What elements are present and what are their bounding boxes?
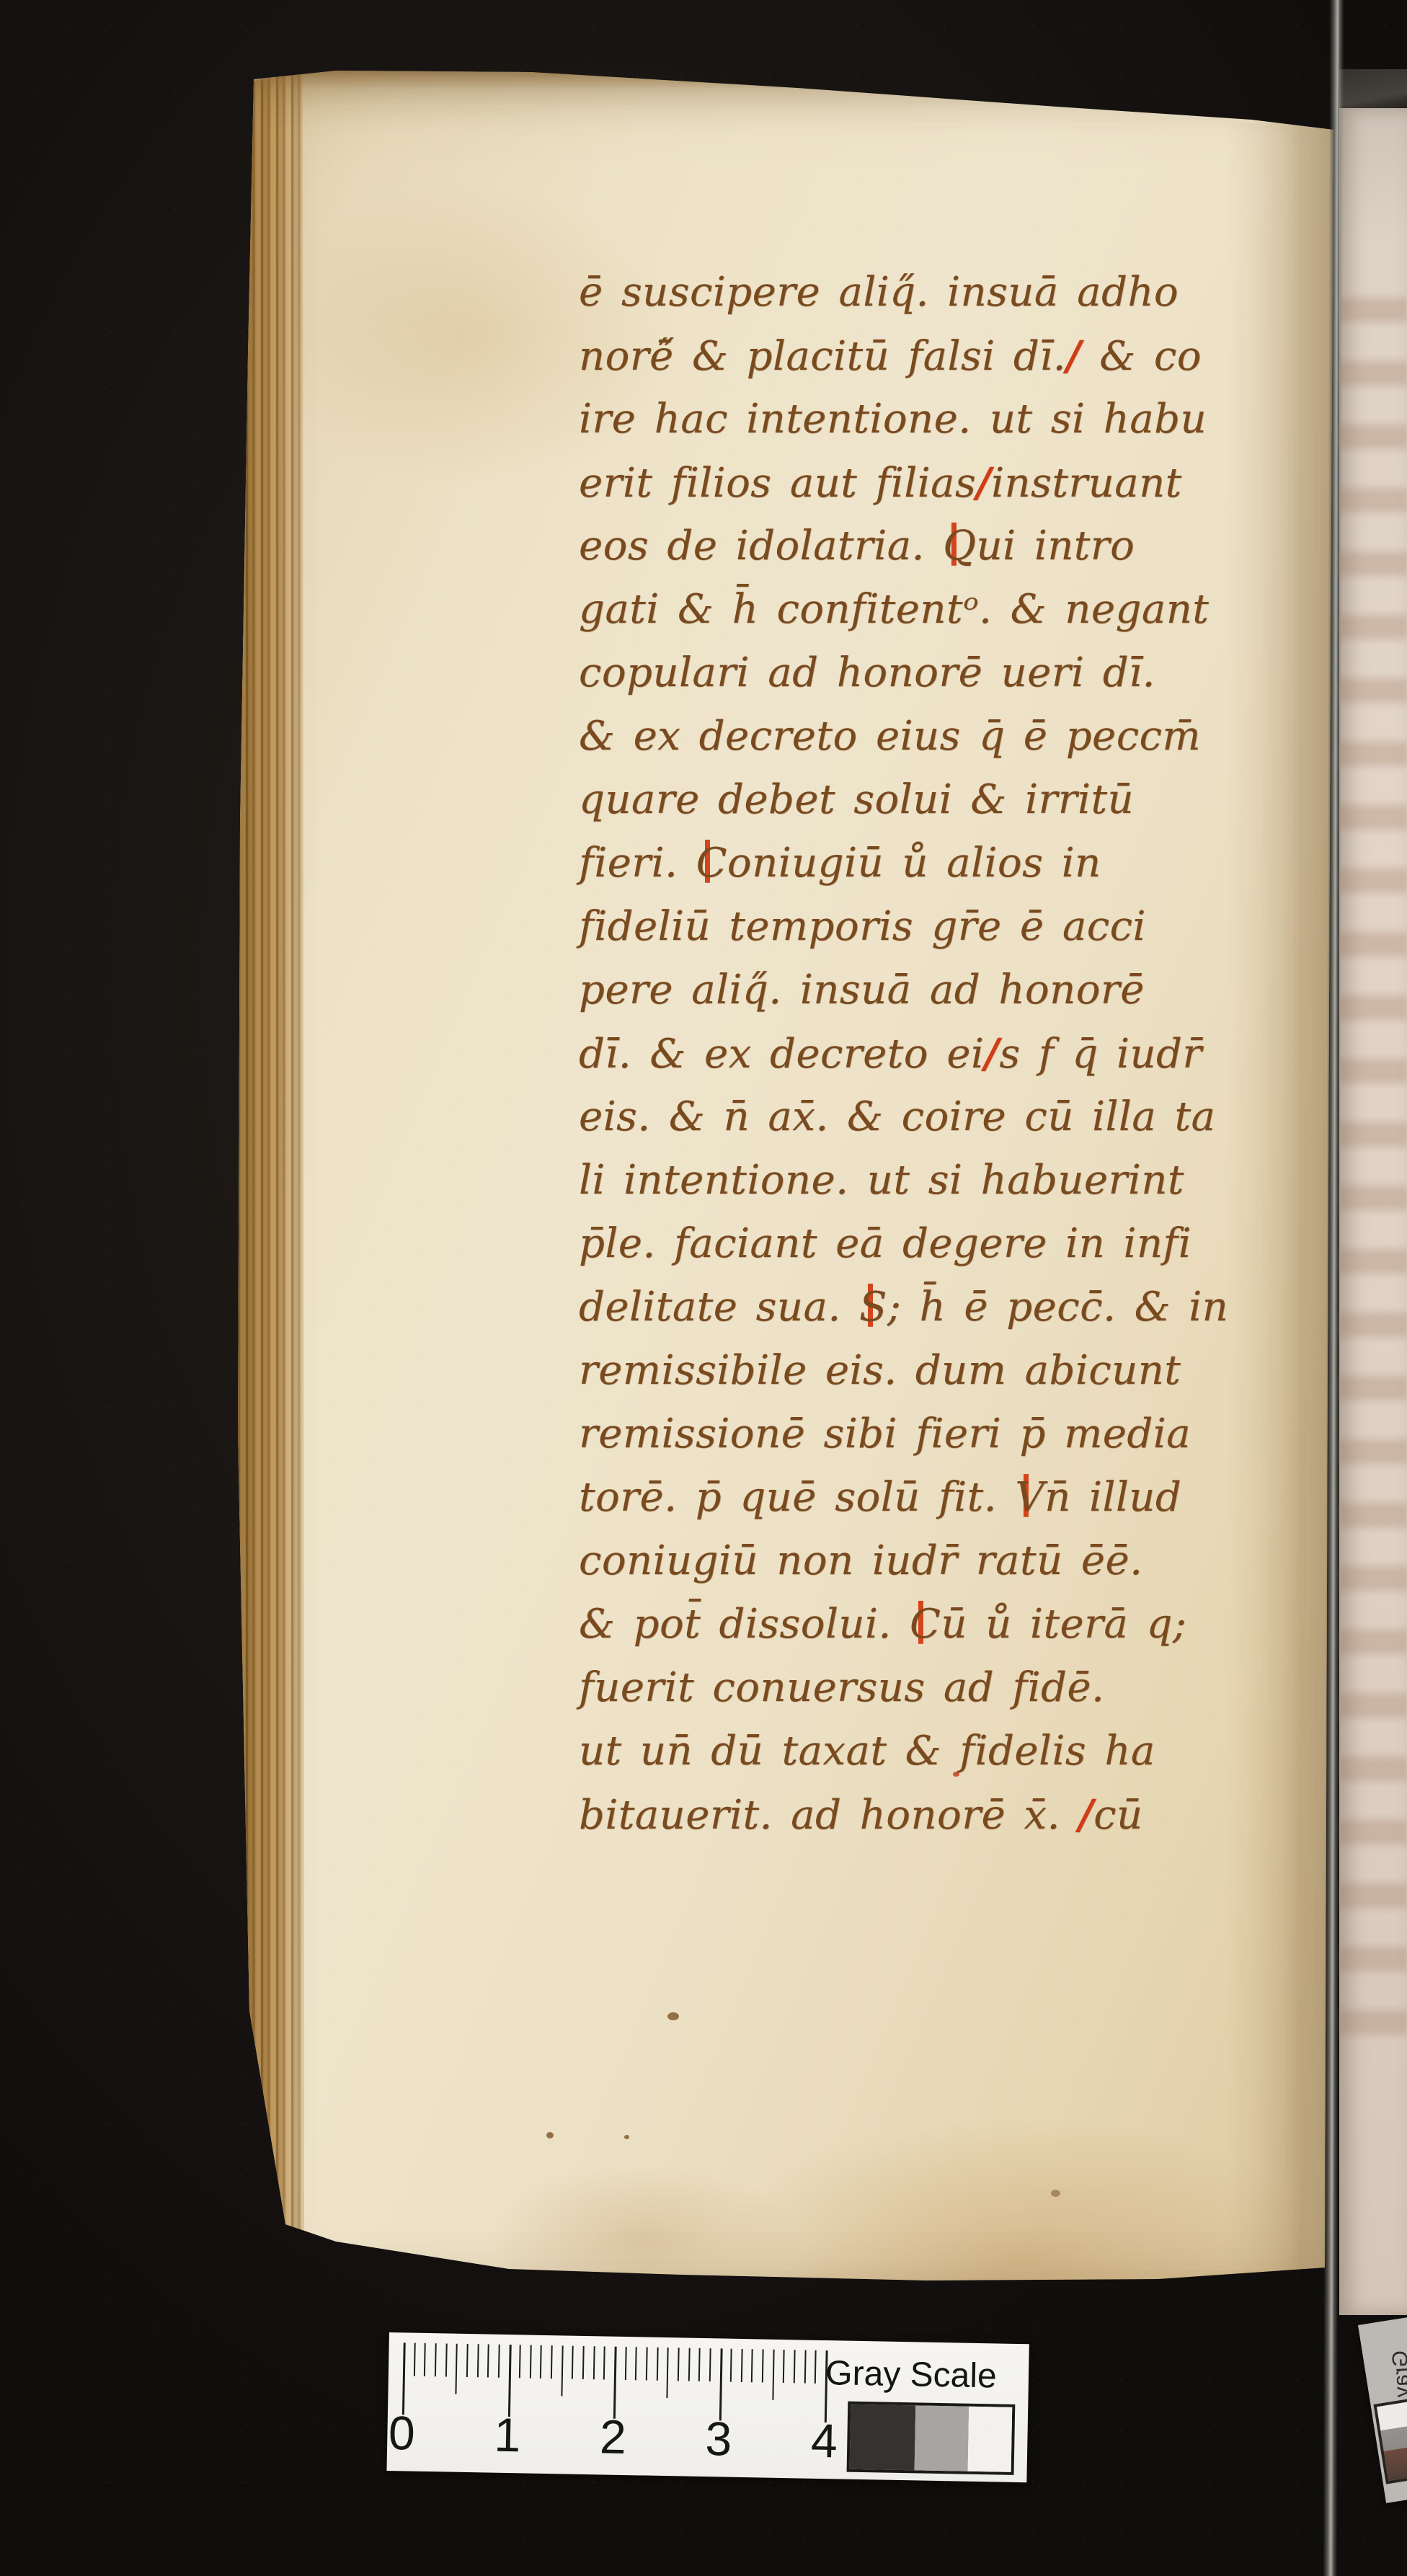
ruler-tick [678, 2348, 680, 2381]
ink-text: gati & h̄ confitentᵒ. & negant [579, 586, 1209, 633]
ruler-tick [730, 2349, 732, 2382]
manuscript-line: erit filios aut filias/instruant [579, 451, 1300, 515]
ink-text: li intentione. ut si habuerint [579, 1157, 1184, 1204]
manuscript-line: ut un̄ dū taxat & fidelis ha [579, 1720, 1300, 1783]
facing-page-showthrough-text [1339, 274, 1407, 2070]
ruler-tick [402, 2342, 406, 2415]
manuscript-line: fuerit conuersus ad fidē. [579, 1656, 1300, 1720]
ruler-tick [487, 2345, 489, 2378]
book-fore-edge [231, 65, 304, 2270]
rubricated-initial: C [696, 840, 727, 887]
ink-text: quare debet solui & irritū [579, 776, 1134, 823]
ruler-tick [435, 2343, 437, 2376]
ink-text: dī. & ex decreto ei [579, 1031, 984, 1078]
ruler-tick [582, 2346, 585, 2379]
manuscript-page: ē suscipere aliq̋. insuā adhonorē̋ & pla… [221, 65, 1333, 2328]
manuscript-line: delitate sua. S; h̄ ē pecc̄. & in [579, 1276, 1300, 1339]
ink-text: ; h̄ ē pecc̄. & in [887, 1284, 1228, 1331]
manuscript-line: fieri. Coniugiū ů alios in [579, 832, 1300, 895]
rubricated-initial: Q [943, 523, 976, 569]
ink-text: oniugiū ů alios in [727, 840, 1101, 887]
grayscale-patches [847, 2402, 1016, 2475]
manuscript-line: copulari ad honorē ueri dī. [579, 641, 1300, 705]
manuscript-photograph: ē suscipere aliq̋. insuā adhonorē̋ & pla… [0, 0, 1407, 2576]
ruler-tick [688, 2348, 690, 2381]
ink-speck [667, 2012, 679, 2020]
ink-text: torē. p̄ quē solū fit. [579, 1474, 1015, 1521]
ruler-tick [498, 2345, 500, 2378]
grayscale-patch-mid [914, 2405, 969, 2471]
ruler-tick [635, 2347, 637, 2380]
ink-text: erit filios aut filias [579, 460, 976, 507]
manuscript-line: ire hac intentione. ut si habu [579, 388, 1300, 451]
ruler-tick [476, 2344, 479, 2377]
ink-text: ire hac intentione. ut si habu [579, 396, 1207, 443]
manuscript-line: dī. & ex decreto ei/s f q̄ iudr̄ [579, 1022, 1300, 1085]
rubric-mark: / [976, 459, 991, 507]
ruler-tick [667, 2348, 669, 2398]
rotated-grayscale-patches [1373, 2398, 1407, 2484]
ruler-tick [572, 2346, 574, 2379]
manuscript-line: fideliū temporis gr̄e ē acci [579, 895, 1300, 959]
ink-text: fuerit conuersus ad fidē. [579, 1664, 1104, 1711]
ruler-tick [551, 2345, 553, 2379]
ink-text: remissionē sibi fieri p̄ media [579, 1411, 1191, 1457]
manuscript-line: & ex decreto eius q̄ ē peccm̄ [579, 705, 1300, 768]
rotated-grayscale-patch-column [1377, 2401, 1407, 2481]
ruler-tick [507, 2345, 511, 2417]
ink-text: norē̋ & placitū falsi dī. [579, 333, 1066, 380]
ruler-tick [772, 2350, 774, 2400]
ink-text: n̄ illud [1044, 1474, 1181, 1521]
ruler-tick [794, 2350, 796, 2383]
ruler-number: 1 [494, 2410, 521, 2461]
manuscript-line: remissionē sibi fieri p̄ media [579, 1403, 1300, 1466]
ruler-tick [698, 2348, 701, 2381]
ruler-numbers: 01234 [389, 2332, 1029, 2344]
manuscript-line: p̄le. faciant eā degere in infi [579, 1212, 1300, 1276]
ink-text: cū [1093, 1792, 1142, 1839]
ruler-tick [624, 2347, 626, 2380]
manuscript-line: norē̋ & placitū falsi dī./ & co [579, 324, 1300, 388]
ruler-tick [613, 2347, 617, 2419]
page-top-edge [249, 65, 1331, 89]
ink-text: & ex decreto eius q̄ ē peccm̄ [579, 713, 1201, 760]
ink-text: bitauerit. ad honorē x̄. [579, 1792, 1078, 1839]
manuscript-line: ē suscipere aliq̋. insuā adho [579, 261, 1300, 324]
ink-text: delitate sua. [579, 1284, 859, 1331]
manuscript-line: pere aliq̋. insuā ad honorē [579, 959, 1300, 1022]
rubricated-initial: C [910, 1601, 941, 1648]
ink-text: fideliū temporis gr̄e ē acci [579, 903, 1146, 950]
manuscript-line: eos de idolatria. Qui intro [579, 515, 1300, 578]
ink-text: pere aliq̋. insuā ad honorē [579, 967, 1145, 1013]
ruler-card: 01234 Gray Scale [386, 2332, 1029, 2482]
ink-speck [1051, 2190, 1060, 2197]
manuscript-line: coniugiū non iudr̄ ratū ēē. [579, 1529, 1300, 1593]
ink-text: ut un̄ dū taxat & fidelis ha [579, 1728, 1155, 1775]
ruler-tick [656, 2348, 658, 2381]
ink-text: & co [1081, 333, 1202, 380]
ruler-tick [762, 2349, 764, 2382]
rubric-mark: / [984, 1030, 999, 1078]
ink-speck [546, 2132, 554, 2138]
manuscript-line: eis. & n̄ ax̄. & coire cū illa ta [579, 1085, 1300, 1149]
rubricated-initial: S [859, 1284, 887, 1331]
grayscale-label: Gray Scale [803, 2353, 1020, 2397]
ruler-tick [530, 2345, 532, 2379]
rubricated-initial: V [1015, 1474, 1044, 1521]
manuscript-line: quare debet solui & irritū [579, 768, 1300, 832]
ruler-tick [519, 2345, 521, 2378]
ink-speck [624, 2135, 629, 2139]
grayscale-patch-dark [850, 2404, 915, 2471]
ink-text: eos de idolatria. [579, 523, 943, 569]
manuscript-text: ē suscipere aliq̋. insuā adhonorē̋ & pla… [579, 261, 1300, 1847]
ruler-tick [424, 2343, 426, 2376]
ruler-tick [456, 2344, 458, 2394]
ruler-tick [783, 2350, 785, 2383]
ruler-tick [603, 2346, 605, 2379]
rubric-mark: / [1078, 1791, 1093, 1839]
grayscale-patch-white [967, 2407, 1012, 2472]
manuscript-line: bitauerit. ad honorē x̄. /cū [579, 1783, 1300, 1847]
ink-text: ū ů iterā q; [941, 1601, 1186, 1648]
ruler-tick [445, 2343, 447, 2376]
manuscript-line: & pot̄ dissolui. Cū ů iterā q; [579, 1593, 1300, 1656]
ink-text: p̄le. faciant eā degere in infi [579, 1220, 1191, 1267]
ink-text: remissibile eis. dum abicunt [579, 1347, 1181, 1394]
ruler-tick [709, 2348, 711, 2381]
manuscript-line: li intentione. ut si habuerint [579, 1149, 1300, 1212]
ruler-number: 0 [388, 2407, 415, 2459]
manuscript-line: remissibile eis. dum abicunt [579, 1339, 1300, 1403]
ruler-tick [719, 2348, 722, 2420]
ruler-tick [751, 2349, 753, 2382]
ruler-tick [593, 2346, 595, 2379]
ruler-tick [561, 2345, 563, 2396]
ruler-number: 2 [599, 2411, 626, 2462]
ruler-number: 4 [810, 2415, 838, 2466]
ruler-tick [741, 2349, 743, 2382]
ruler-tick [414, 2343, 416, 2376]
ruler-number: 3 [705, 2413, 732, 2464]
facing-page [1339, 108, 1407, 2315]
ruler-tick [540, 2345, 542, 2379]
ink-text: ui intro [977, 523, 1135, 569]
ink-text: eis. & n̄ ax̄. & coire cū illa ta [579, 1093, 1215, 1140]
rotated-grayscale-card: Gray Scale [1358, 2304, 1407, 2503]
ink-text: coniugiū non iudr̄ ratū ēē. [579, 1537, 1142, 1584]
manuscript-line: gati & h̄ confitentᵒ. & negant [579, 578, 1300, 641]
ink-text: copulari ad honorē ueri dī. [579, 649, 1155, 696]
ruler-tick [646, 2348, 648, 2381]
manuscript-line: torē. p̄ quē solū fit. Vn̄ illud [579, 1466, 1300, 1529]
ruler-tick [466, 2344, 469, 2377]
ink-text: fieri. [579, 840, 696, 887]
ink-text: instruant [991, 460, 1182, 507]
ink-text: ē suscipere aliq̋. insuā adho [579, 269, 1179, 316]
rubric-mark: / [1066, 332, 1081, 380]
ink-text: s f q̄ iudr̄ [999, 1031, 1202, 1078]
ink-text: & pot̄ dissolui. [579, 1601, 910, 1648]
ruler-ticks [389, 2332, 1029, 2344]
